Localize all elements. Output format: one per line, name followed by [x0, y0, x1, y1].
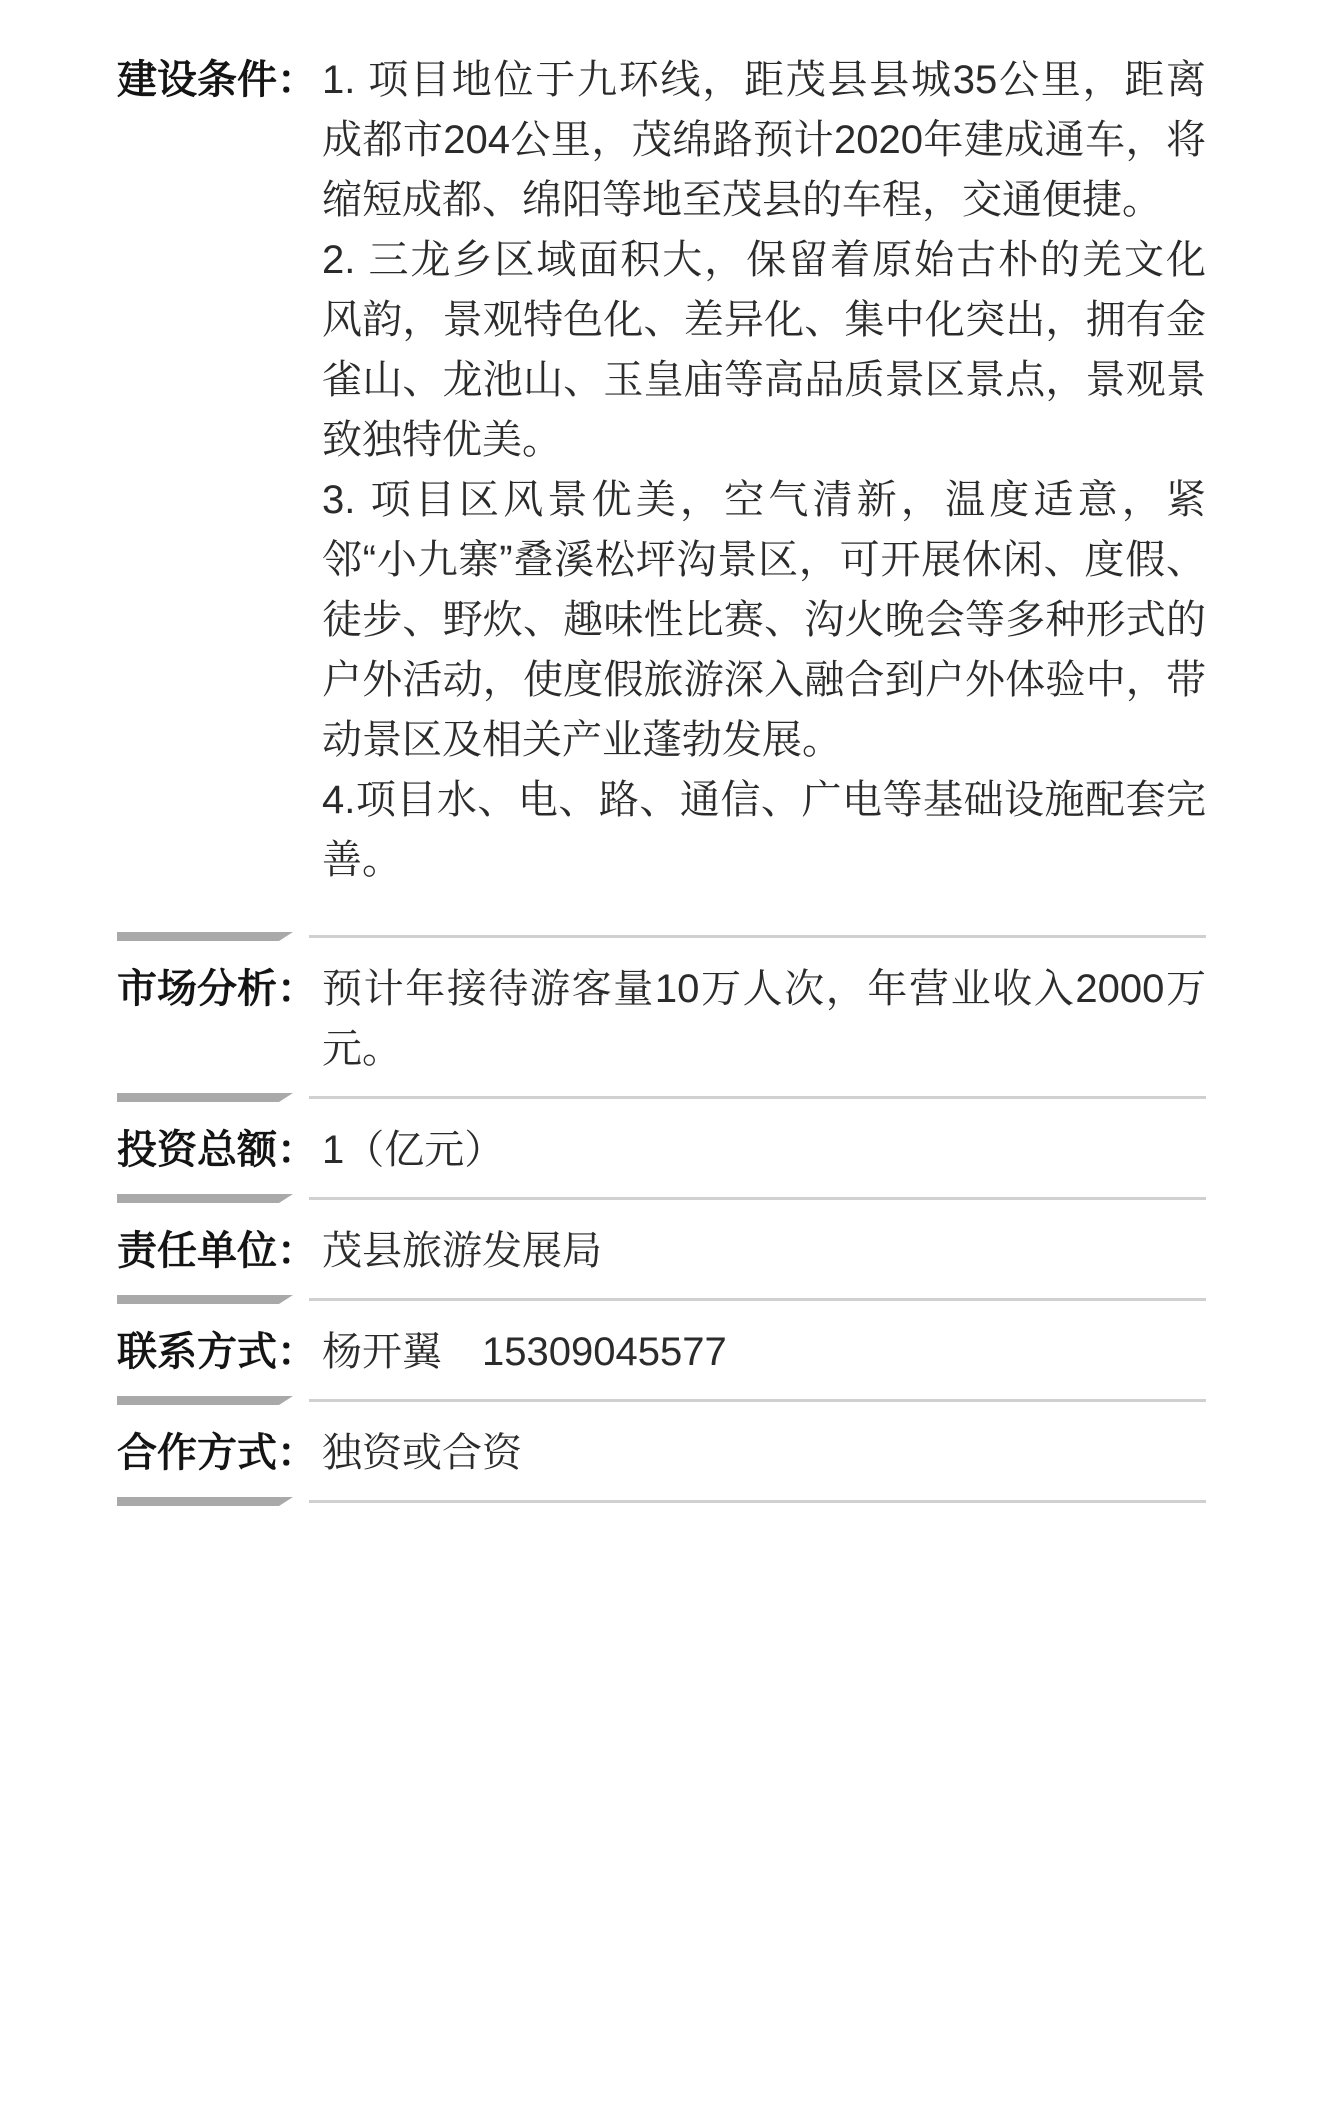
- value-responsible-unit: 茂县旅游发展局: [322, 1221, 1206, 1281]
- total-investment-text: 1（亿元）: [322, 1120, 1206, 1180]
- construction-condition-item-1: 1. 项目地位于九环线，距茂县县城35公里，距离成都市204公里，茂绵路预计20…: [322, 50, 1206, 230]
- section-divider: [117, 1093, 1206, 1102]
- section-divider: [117, 1497, 1206, 1506]
- divider-line: [309, 1500, 1206, 1503]
- label-market-analysis: 市场分析：: [117, 959, 322, 1019]
- value-market-analysis: 预计年接待游客量10万人次，年营业收入2000万元。: [322, 959, 1206, 1079]
- divider-line: [309, 1298, 1206, 1301]
- label-total-investment: 投资总额：: [117, 1120, 322, 1180]
- divider-line: [309, 935, 1206, 938]
- value-total-investment: 1（亿元）: [322, 1120, 1206, 1180]
- divider-bar: [117, 932, 293, 941]
- value-cooperation-method: 独资或合资: [322, 1423, 1206, 1483]
- section-divider: [117, 1295, 1206, 1304]
- section-divider: [117, 1194, 1206, 1203]
- section-construction-conditions: 建设条件： 1. 项目地位于九环线，距茂县县城35公里，距离成都市204公里，茂…: [117, 50, 1206, 890]
- divider-bar: [117, 1497, 293, 1506]
- project-info-table: 建设条件： 1. 项目地位于九环线，距茂县县城35公里，距离成都市204公里，茂…: [0, 0, 1334, 1506]
- label-responsible-unit: 责任单位：: [117, 1221, 322, 1281]
- cooperation-method-text: 独资或合资: [322, 1423, 1206, 1483]
- section-market-analysis: 市场分析： 预计年接待游客量10万人次，年营业收入2000万元。: [117, 959, 1206, 1079]
- label-cooperation-method: 合作方式：: [117, 1423, 322, 1483]
- divider-line: [309, 1096, 1206, 1099]
- construction-condition-item-2: 2. 三龙乡区域面积大，保留着原始古朴的羌文化风韵，景观特色化、差异化、集中化突…: [322, 230, 1206, 470]
- value-construction-conditions: 1. 项目地位于九环线，距茂县县城35公里，距离成都市204公里，茂绵路预计20…: [322, 50, 1206, 890]
- section-responsible-unit: 责任单位： 茂县旅游发展局: [117, 1221, 1206, 1281]
- value-contact-info: 杨开翼 15309045577: [322, 1322, 1206, 1382]
- divider-bar: [117, 1194, 293, 1203]
- section-total-investment: 投资总额： 1（亿元）: [117, 1120, 1206, 1180]
- divider-bar: [117, 1093, 293, 1102]
- divider-bar: [117, 1396, 293, 1405]
- document-page: 建设条件： 1. 项目地位于九环线，距茂县县城35公里，距离成都市204公里，茂…: [0, 0, 1334, 2102]
- section-divider: [117, 932, 1206, 941]
- divider-line: [309, 1197, 1206, 1200]
- label-construction-conditions: 建设条件：: [117, 50, 322, 110]
- construction-condition-item-4: 4.项目水、电、路、通信、广电等基础设施配套完善。: [322, 770, 1206, 890]
- construction-condition-item-3: 3. 项目区风景优美，空气清新，温度适意，紧邻“小九寨”叠溪松坪沟景区，可开展休…: [322, 470, 1206, 770]
- section-contact-info: 联系方式： 杨开翼 15309045577: [117, 1322, 1206, 1382]
- divider-bar: [117, 1295, 293, 1304]
- divider-line: [309, 1399, 1206, 1402]
- contact-info-text: 杨开翼 15309045577: [322, 1322, 1206, 1382]
- market-analysis-text: 预计年接待游客量10万人次，年营业收入2000万元。: [322, 959, 1206, 1079]
- responsible-unit-text: 茂县旅游发展局: [322, 1221, 1206, 1281]
- section-cooperation-method: 合作方式： 独资或合资: [117, 1423, 1206, 1483]
- section-divider: [117, 1396, 1206, 1405]
- label-contact-info: 联系方式：: [117, 1322, 322, 1382]
